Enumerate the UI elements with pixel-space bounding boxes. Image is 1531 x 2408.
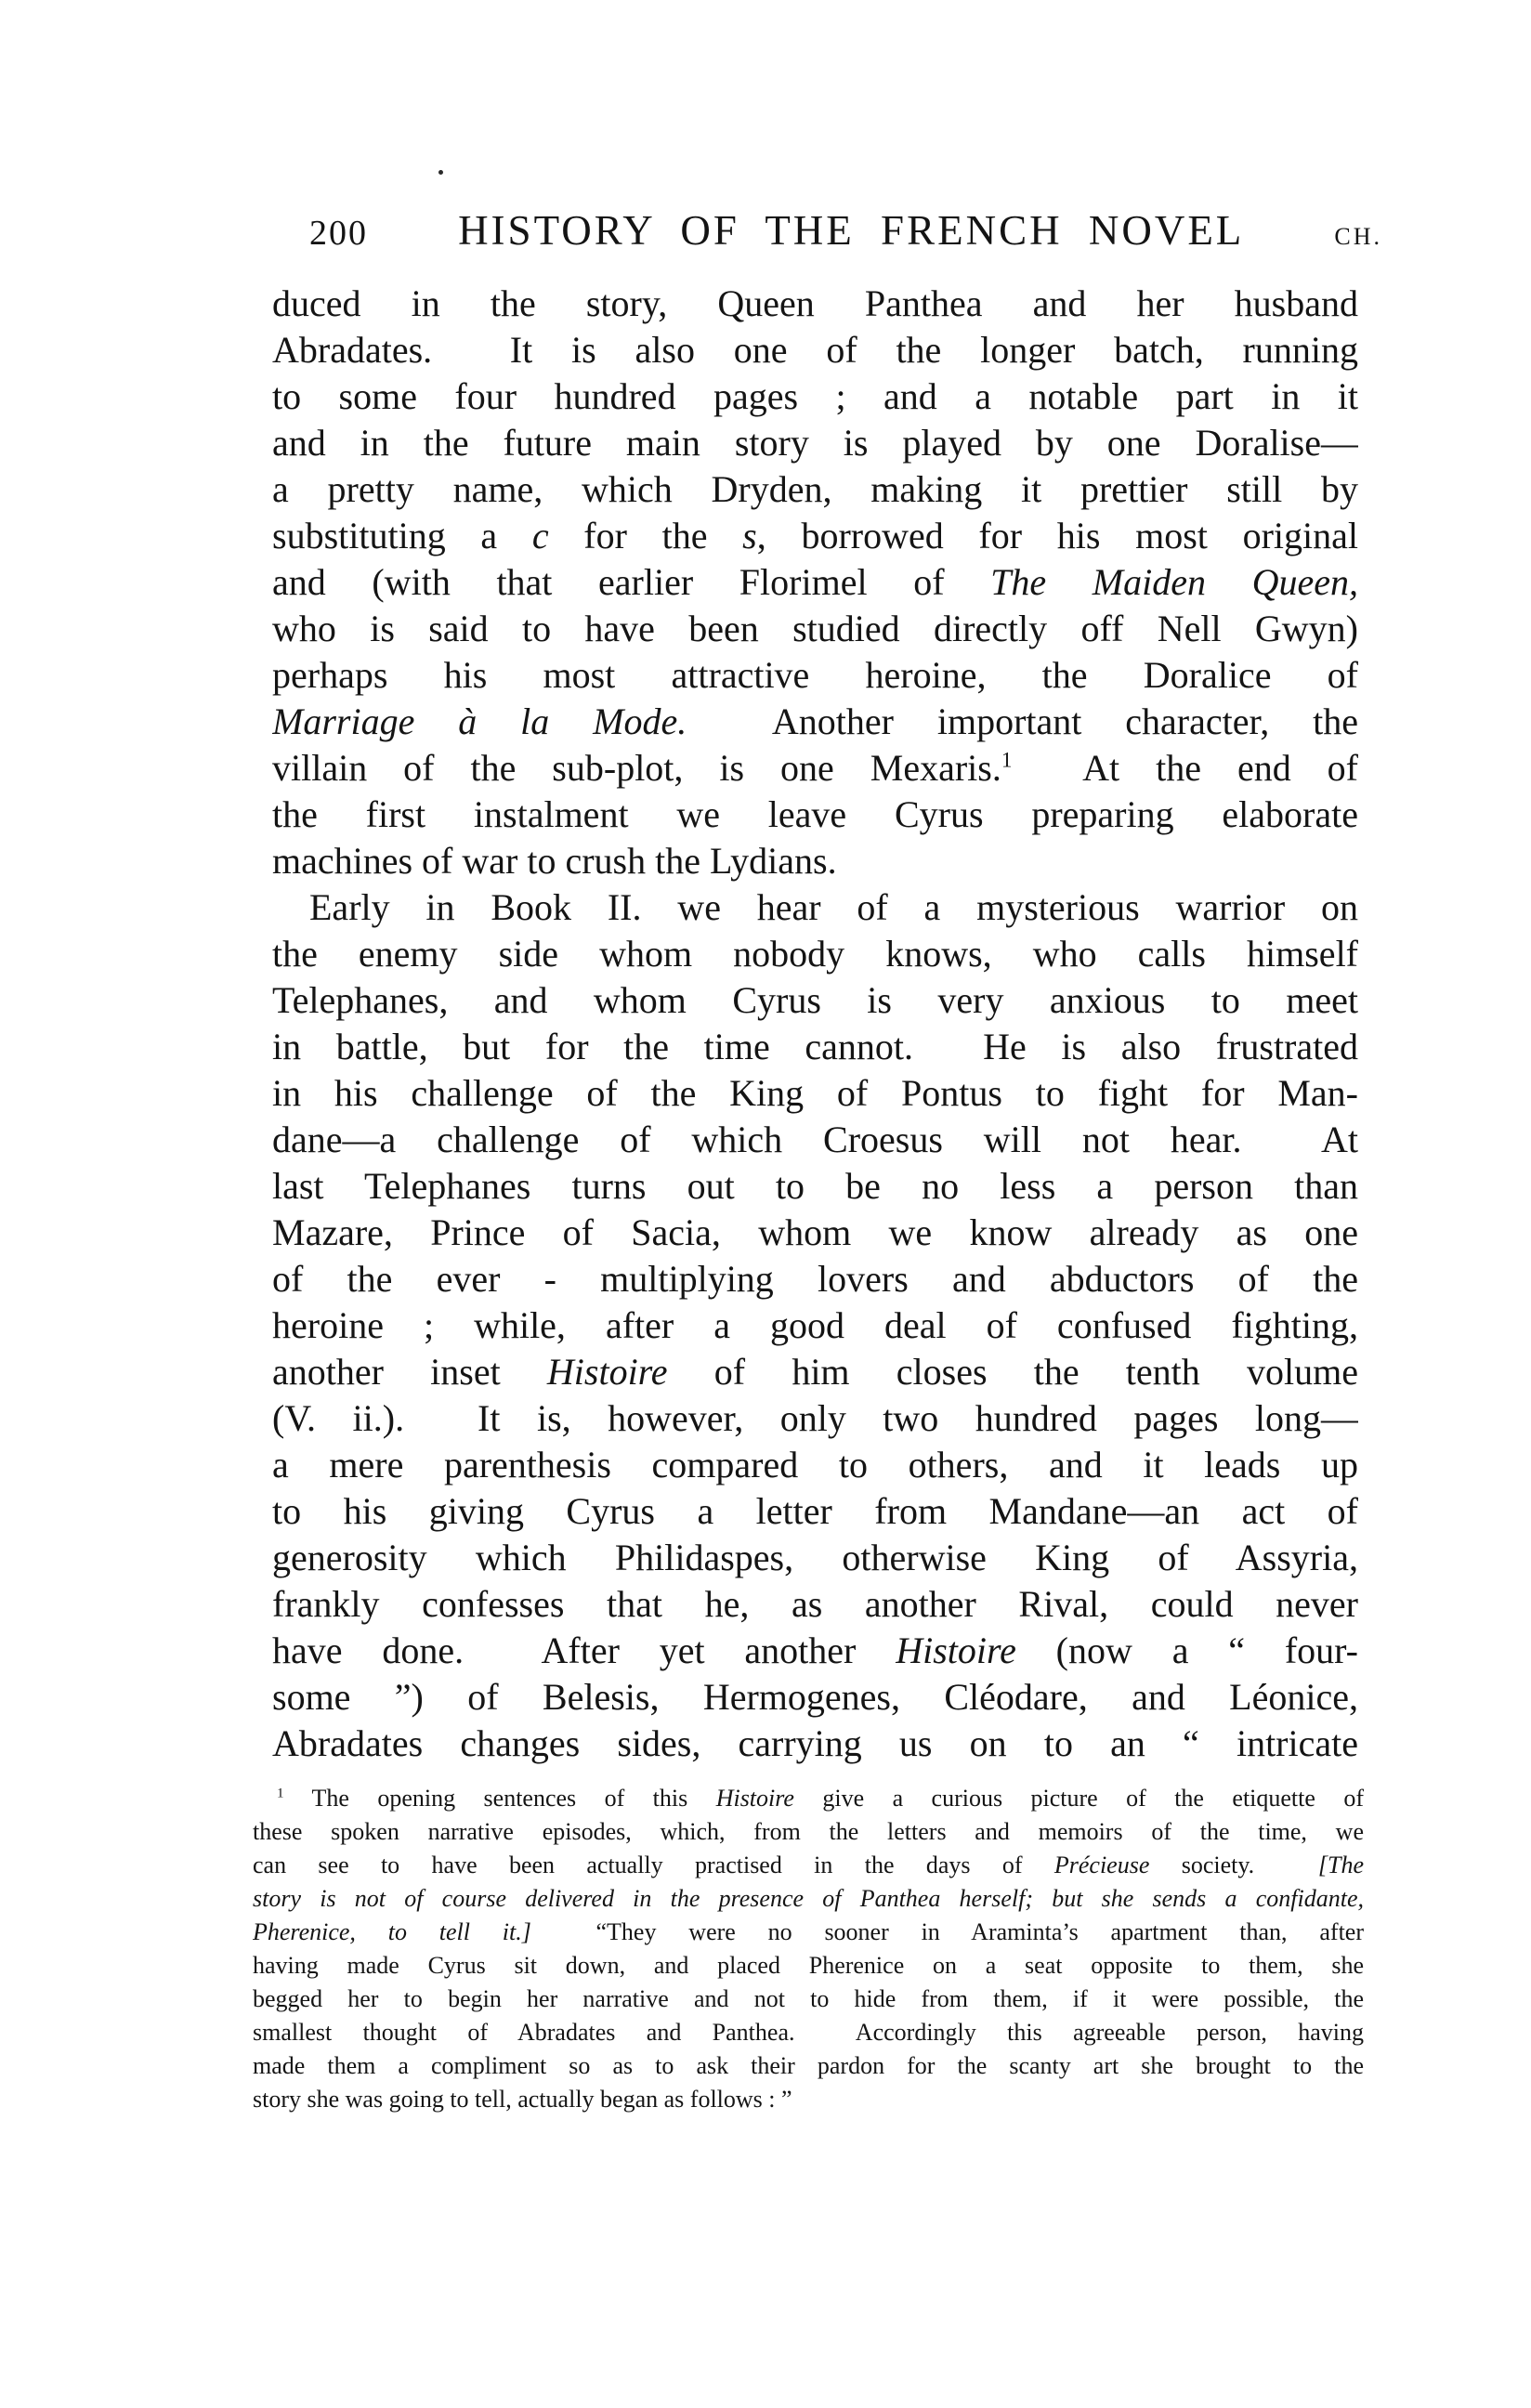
text-run: villain of the sub-plot, is one Mexaris.: [272, 747, 1001, 789]
body-paragraph-1: duced in the story, Queen Panthea and he…: [272, 281, 1358, 884]
text-run: , borrowed for his most original: [757, 515, 1358, 556]
text-run: duced in the story, Queen Panthea and he…: [272, 282, 1358, 324]
text-line: a mere parenthesis compared to others, a…: [272, 1442, 1358, 1488]
text-line: and (with that earlier Florimel of The M…: [272, 559, 1358, 606]
text-line: have done. After yet another Histoire (n…: [272, 1628, 1358, 1674]
text-line: duced in the story, Queen Panthea and he…: [272, 281, 1358, 327]
text-run: frankly confesses that he, as another Ri…: [272, 1583, 1358, 1625]
text-run: of him closes the tenth volume: [668, 1351, 1358, 1393]
text-run: the enemy side whom nobody knows, who ca…: [272, 933, 1358, 975]
text-run: c: [532, 515, 549, 556]
text-run: some ”) of Belesis, Hermogenes, Cléodare…: [272, 1676, 1358, 1718]
text-run: made them a compliment so as to ask thei…: [253, 2052, 1364, 2079]
text-run: Early in Book II. we hear of a mysteriou…: [309, 886, 1358, 928]
text-line: a pretty name, which Dryden, making it p…: [272, 466, 1358, 513]
text-run: for the: [549, 515, 743, 556]
text-run: The Maiden Queen,: [990, 561, 1358, 603]
text-run: have done. After yet another: [272, 1629, 896, 1671]
text-line: to some four hundred pages ; and a notab…: [272, 373, 1358, 420]
text-run: Précieuse: [1054, 1852, 1150, 1878]
text-run: Mazare, Prince of Sacia, whom we know al…: [272, 1211, 1358, 1253]
text-line: story she was going to tell, actually be…: [253, 2083, 1364, 2116]
text-run: the first instalment we leave Cyrus prep…: [272, 793, 1358, 835]
text-line: Marriage à la Mode. Another important ch…: [272, 699, 1358, 745]
text-line: Abradates changes sides, carrying us on …: [272, 1721, 1358, 1767]
text-line: the enemy side whom nobody knows, who ca…: [272, 931, 1358, 977]
text-line: begged her to begin her narrative and no…: [253, 1983, 1364, 2016]
text-run: last Telephanes turns out to be no less …: [272, 1165, 1358, 1207]
text-run: of the ever - multiplying lovers and abd…: [272, 1258, 1358, 1300]
text-run: substituting a: [272, 515, 532, 556]
text-line: made them a compliment so as to ask thei…: [253, 2049, 1364, 2083]
text-run: story is not of course delivered in the …: [253, 1885, 1364, 1912]
text-run: story she was going to tell, actually be…: [253, 2086, 792, 2113]
footnote-reference: 1: [277, 1786, 284, 1800]
body-paragraph-2: Early in Book II. we hear of a mysteriou…: [272, 884, 1358, 1767]
text-line: smallest thought of Abradates and Panthe…: [253, 2016, 1364, 2049]
text-line: Abradates. It is also one of the longer …: [272, 327, 1358, 373]
text-run: smallest thought of Abradates and Panthe…: [253, 2019, 1364, 2046]
text-run: in his challenge of the King of Pontus t…: [272, 1072, 1358, 1114]
text-line: story is not of course delivered in the …: [253, 1882, 1364, 1916]
text-line: substituting a c for the s, borrowed for…: [272, 513, 1358, 559]
text-run: society.: [1149, 1852, 1317, 1878]
book-page: 200 HISTORY OF THE FRENCH NOVEL CH. duce…: [0, 0, 1531, 2408]
text-line: of the ever - multiplying lovers and abd…: [272, 1256, 1358, 1302]
text-run: and (with that earlier Florimel of: [272, 561, 990, 603]
text-run: Histoire: [716, 1785, 794, 1812]
text-run: Another important character, the: [687, 700, 1358, 742]
text-run: these spoken narrative episodes, which, …: [253, 1818, 1364, 1845]
page-header: 200 HISTORY OF THE FRENCH NOVEL CH.: [309, 206, 1382, 255]
text-run: begged her to begin her narrative and no…: [253, 1985, 1364, 2012]
text-run: a pretty name, which Dryden, making it p…: [272, 468, 1358, 510]
text-run: Abradates. It is also one of the longer …: [272, 329, 1358, 371]
text-run: in battle, but for the time cannot. He i…: [272, 1026, 1358, 1067]
text-line: to his giving Cyrus a letter from Mandan…: [272, 1488, 1358, 1535]
text-run: give a curious picture of the etiquette …: [794, 1785, 1364, 1812]
text-run: Histoire: [896, 1629, 1016, 1671]
text-line: and in the future main story is played b…: [272, 420, 1358, 466]
footnote-paragraph: 1 The opening sentences of this Histoire…: [253, 1782, 1364, 2116]
text-run: Pherenice, to tell it.]: [253, 1918, 531, 1945]
text-line: some ”) of Belesis, Hermogenes, Cléodare…: [272, 1674, 1358, 1721]
text-run: heroine ; while, after a good deal of co…: [272, 1304, 1358, 1346]
text-line: Mazare, Prince of Sacia, whom we know al…: [272, 1210, 1358, 1256]
text-run: Abradates changes sides, carrying us on …: [272, 1722, 1358, 1764]
text-run: Telephanes, and whom Cyrus is very anxio…: [272, 979, 1358, 1021]
text-run: a mere parenthesis compared to others, a…: [272, 1444, 1358, 1485]
chapter-label: CH.: [1334, 223, 1382, 251]
text-run: who is said to have been studied directl…: [272, 608, 1358, 649]
text-run: At the end of: [1012, 747, 1358, 789]
text-line: can see to have been actually practised …: [253, 1849, 1364, 1882]
text-run: generosity which Philidaspes, otherwise …: [272, 1537, 1358, 1578]
text-run: (V. ii.). It is, however, only two hundr…: [272, 1397, 1358, 1439]
text-line: heroine ; while, after a good deal of co…: [272, 1302, 1358, 1349]
text-run: Marriage à la Mode.: [272, 700, 687, 742]
text-run: another inset: [272, 1351, 547, 1393]
running-title: HISTORY OF THE FRENCH NOVEL: [368, 206, 1334, 255]
text-run: [The: [1318, 1852, 1364, 1878]
text-run: and in the future main story is played b…: [272, 422, 1358, 464]
text-run: (now a “ four-: [1016, 1629, 1358, 1671]
text-line: in his challenge of the King of Pontus t…: [272, 1070, 1358, 1117]
text-line: Pherenice, to tell it.] “They were no so…: [253, 1916, 1364, 1949]
text-line: generosity which Philidaspes, otherwise …: [272, 1535, 1358, 1581]
text-run: The opening sentences of this: [284, 1785, 716, 1812]
text-line: having made Cyrus sit down, and placed P…: [253, 1949, 1364, 1983]
page-number: 200: [309, 213, 368, 254]
text-line: frankly confesses that he, as another Ri…: [272, 1581, 1358, 1628]
text-line: 1 The opening sentences of this Histoire…: [253, 1782, 1364, 1815]
text-line: machines of war to crush the Lydians.: [272, 838, 1358, 884]
text-run: dane—a challenge of which Croesus will n…: [272, 1119, 1358, 1160]
text-run: machines of war to crush the Lydians.: [272, 840, 837, 882]
text-run: to his giving Cyrus a letter from Mandan…: [272, 1490, 1358, 1532]
footnote: 1 The opening sentences of this Histoire…: [253, 1782, 1364, 2116]
text-line: villain of the sub-plot, is one Mexaris.…: [272, 745, 1358, 792]
text-line: Telephanes, and whom Cyrus is very anxio…: [272, 977, 1358, 1024]
text-run: to some four hundred pages ; and a notab…: [272, 375, 1358, 417]
text-line: last Telephanes turns out to be no less …: [272, 1163, 1358, 1210]
text-line: perhaps his most attractive heroine, the…: [272, 652, 1358, 699]
text-run: having made Cyrus sit down, and placed P…: [253, 1952, 1364, 1979]
text-run: s: [742, 515, 757, 556]
scan-artifact-dot: [438, 170, 443, 175]
text-line: another inset Histoire of him closes the…: [272, 1349, 1358, 1395]
footnote-reference: 1: [1001, 749, 1013, 773]
text-run: Histoire: [547, 1351, 668, 1393]
text-run: “They were no sooner in Araminta’s apart…: [531, 1918, 1364, 1945]
text-line: these spoken narrative episodes, which, …: [253, 1815, 1364, 1849]
text-line: who is said to have been studied directl…: [272, 606, 1358, 652]
text-run: can see to have been actually practised …: [253, 1852, 1054, 1878]
body-text: duced in the story, Queen Panthea and he…: [272, 281, 1358, 1767]
text-line: in battle, but for the time cannot. He i…: [272, 1024, 1358, 1070]
text-line: (V. ii.). It is, however, only two hundr…: [272, 1395, 1358, 1442]
text-line: Early in Book II. we hear of a mysteriou…: [272, 884, 1358, 931]
text-line: the first instalment we leave Cyrus prep…: [272, 792, 1358, 838]
text-line: dane—a challenge of which Croesus will n…: [272, 1117, 1358, 1163]
text-run: perhaps his most attractive heroine, the…: [272, 654, 1358, 696]
